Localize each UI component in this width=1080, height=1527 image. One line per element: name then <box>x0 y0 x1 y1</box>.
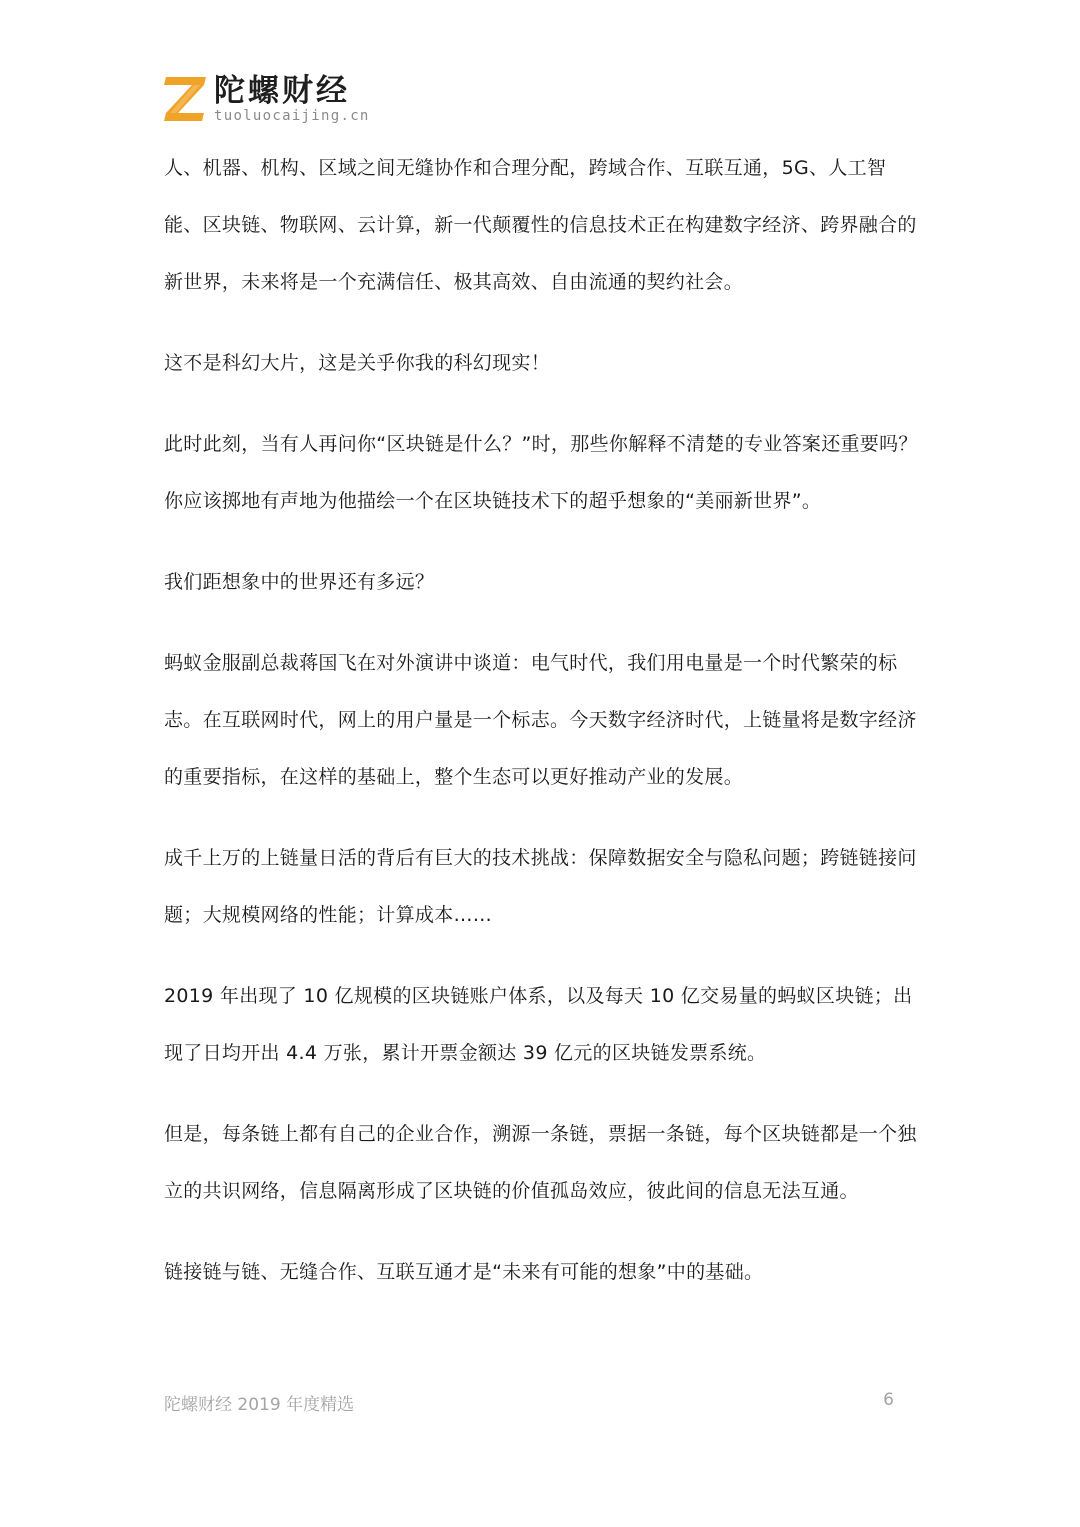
page-footer: 陀螺财经 2019 年度精选 6 <box>164 1390 894 1415</box>
paragraph: 链接链与链、无缝合作、互联互通才是“未来有可能的想象”中的基础。 <box>164 1244 924 1301</box>
paragraph: 这不是科幻大片，这是关乎你我的科幻现实！ <box>164 335 924 392</box>
logo-domain: tuoluocaijing.cn <box>214 108 370 124</box>
logo-brand-name: 陀螺财经 <box>214 75 370 107</box>
paragraph: 但是，每条链上都有自己的企业合作，溯源一条链，票据一条链，每个区块链都是一个独立… <box>164 1106 924 1220</box>
paragraph: 此时此刻，当有人再问你“区块链是什么？”时，那些你解释不清楚的专业答案还重要吗？… <box>164 416 924 530</box>
page-number: 6 <box>883 1390 894 1415</box>
footer-publication: 陀螺财经 2019 年度精选 <box>164 1390 354 1415</box>
z-logo-icon <box>164 75 208 123</box>
paragraph: 成千上万的上链量日活的背后有巨大的技术挑战：保障数据安全与隐私问题；跨链链接问题… <box>164 830 924 944</box>
paragraph: 2019 年出现了 10 亿规模的区块链账户体系，以及每天 10 亿交易量的蚂蚁… <box>164 968 924 1082</box>
article-body: 人、机器、机构、区域之间无缝协作和合理分配，跨域合作、互联互通，5G、人工智能、… <box>164 140 924 1325</box>
paragraph: 蚂蚁金服副总裁蒋国飞在对外演讲中谈道：电气时代，我们用电量是一个时代繁荣的标志。… <box>164 635 924 806</box>
paragraph: 我们距想象中的世界还有多远？ <box>164 554 924 611</box>
paragraph: 人、机器、机构、区域之间无缝协作和合理分配，跨域合作、互联互通，5G、人工智能、… <box>164 140 924 311</box>
logo: 陀螺财经 tuoluocaijing.cn <box>164 74 370 124</box>
